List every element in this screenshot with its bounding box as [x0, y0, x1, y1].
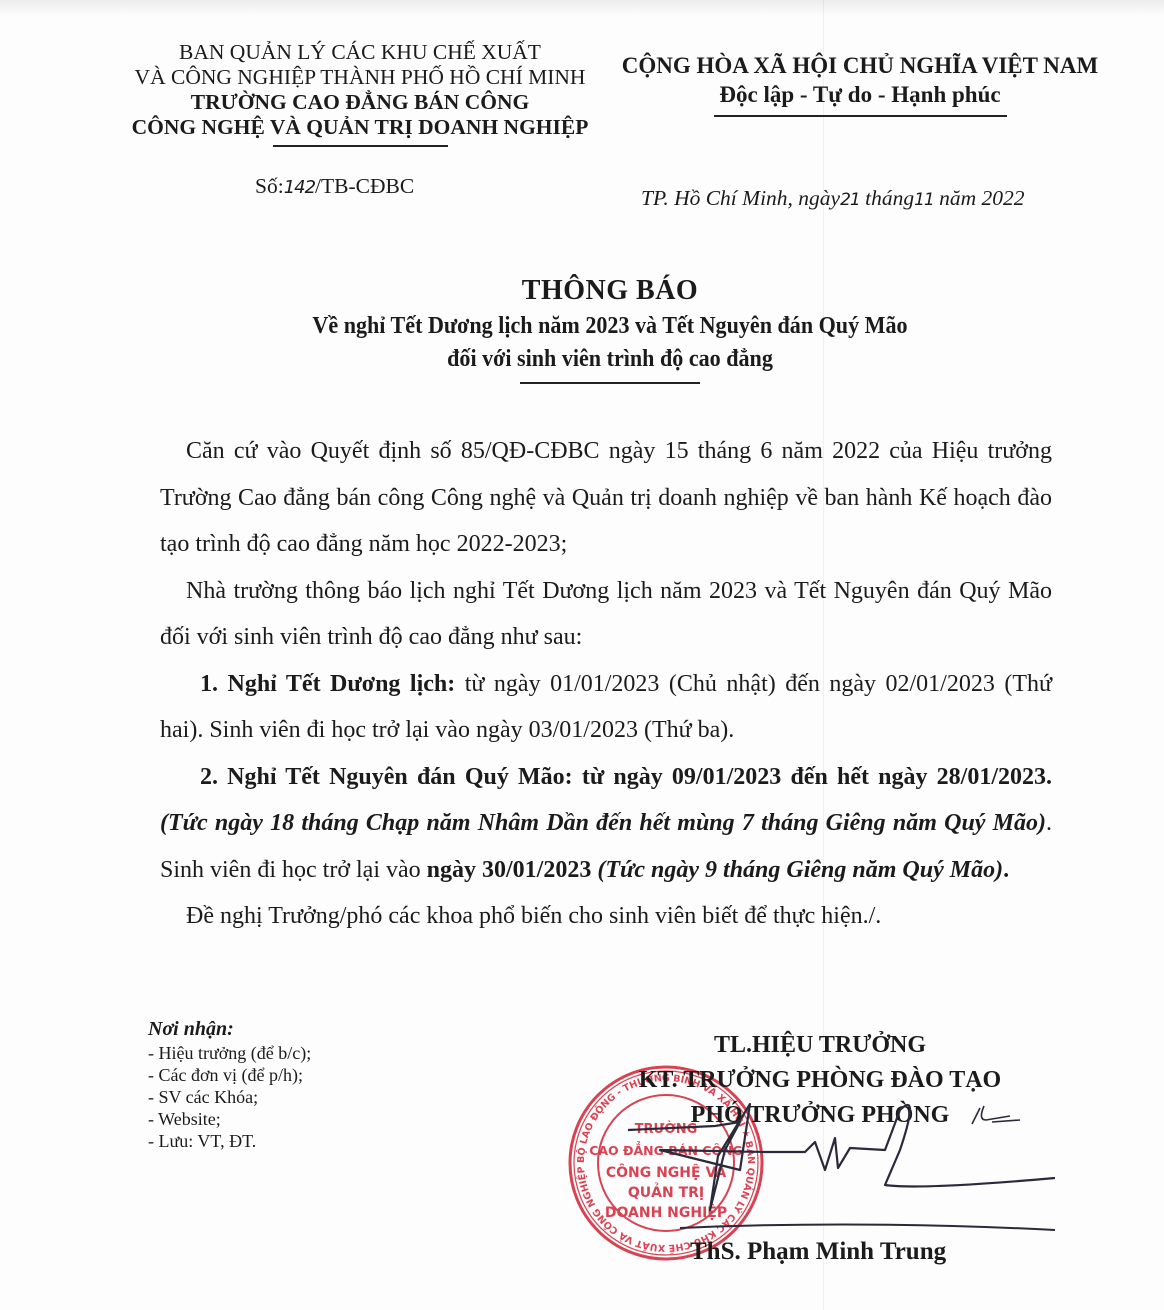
authority-line-1: BAN QUẢN LÝ CÁC KHU CHẾ XUẤT	[100, 40, 620, 65]
closing-paragraph: Đề nghị Trưởng/phó các khoa phổ biến cho…	[160, 893, 1052, 940]
signer-name: ThS. Phạm Minh Trung	[690, 1238, 946, 1266]
handwritten-number: 142	[284, 177, 315, 198]
intro-paragraph: Nhà trường thông báo lịch nghỉ Tết Dương…	[160, 568, 1052, 661]
motto-underline	[714, 115, 1007, 117]
issuing-authority: BAN QUẢN LÝ CÁC KHU CHẾ XUẤT VÀ CÔNG NGH…	[100, 40, 620, 147]
recipient-item: - SV các Khóa;	[148, 1086, 311, 1108]
national-heading: CỘNG HÒA XÃ HỘI CHỦ NGHĨA VIỆT NAM Độc l…	[610, 51, 1110, 117]
recipient-item: - Lưu: VT, ĐT.	[148, 1130, 311, 1152]
item-lunar-new-year-holiday: 2. Nghỉ Tết Nguyên đán Quý Mão: từ ngày …	[160, 754, 1052, 894]
recipient-item: - Website;	[148, 1108, 311, 1130]
legal-basis-paragraph: Căn cứ vào Quyết định số 85/QĐ-CĐBC ngày…	[160, 428, 1052, 568]
header-left-underline	[273, 145, 448, 147]
item-new-year-holiday: 1. Nghỉ Tết Dương lịch: từ ngày 01/01/20…	[160, 661, 1052, 754]
title-underline	[520, 382, 700, 384]
handwritten-month: 11	[914, 190, 934, 210]
authority-line-2: VÀ CÔNG NGHIỆP THÀNH PHỐ HỒ CHÍ MINH	[100, 65, 620, 90]
place-and-date: TP. Hồ Chí Minh, ngày21 tháng11 năm 2022	[641, 186, 1025, 211]
recipient-item: - Hiệu trưởng (để b/c);	[148, 1042, 311, 1064]
notice-title: THÔNG BÁO Về nghỉ Tết Dương lịch năm 202…	[220, 272, 1000, 384]
handwritten-signature-icon	[600, 1090, 1060, 1250]
subject-line-1: Về nghỉ Tết Dương lịch năm 2023 và Tết N…	[251, 310, 969, 343]
document-number: Số:142/TB-CĐBC	[255, 174, 414, 199]
recipients-list: Nơi nhận: - Hiệu trưởng (để b/c); - Các …	[148, 1018, 311, 1152]
recipient-item: - Các đơn vị (để p/h);	[148, 1064, 311, 1086]
handwritten-day: 21	[840, 190, 860, 210]
document-type: THÔNG BÁO	[220, 272, 1000, 310]
recipients-label: Nơi nhận:	[148, 1018, 311, 1040]
school-name-line-1: TRƯỜNG CAO ĐẲNG BÁN CÔNG	[100, 90, 620, 115]
school-name-line-2: CÔNG NGHỆ VÀ QUẢN TRỊ DOANH NGHIỆP	[100, 115, 620, 140]
country-name: CỘNG HÒA XÃ HỘI CHỦ NGHĨA VIỆT NAM	[610, 51, 1110, 80]
page-top-shadow	[0, 0, 1164, 16]
signing-authority-line-1: TL.HIỆU TRƯỞNG	[590, 1028, 1050, 1063]
notice-body: Căn cứ vào Quyết định số 85/QĐ-CĐBC ngày…	[160, 428, 1052, 940]
subject-line-2: đối với sinh viên trình độ cao đẳng	[251, 343, 969, 376]
national-motto: Độc lập - Tự do - Hạnh phúc	[610, 80, 1110, 109]
